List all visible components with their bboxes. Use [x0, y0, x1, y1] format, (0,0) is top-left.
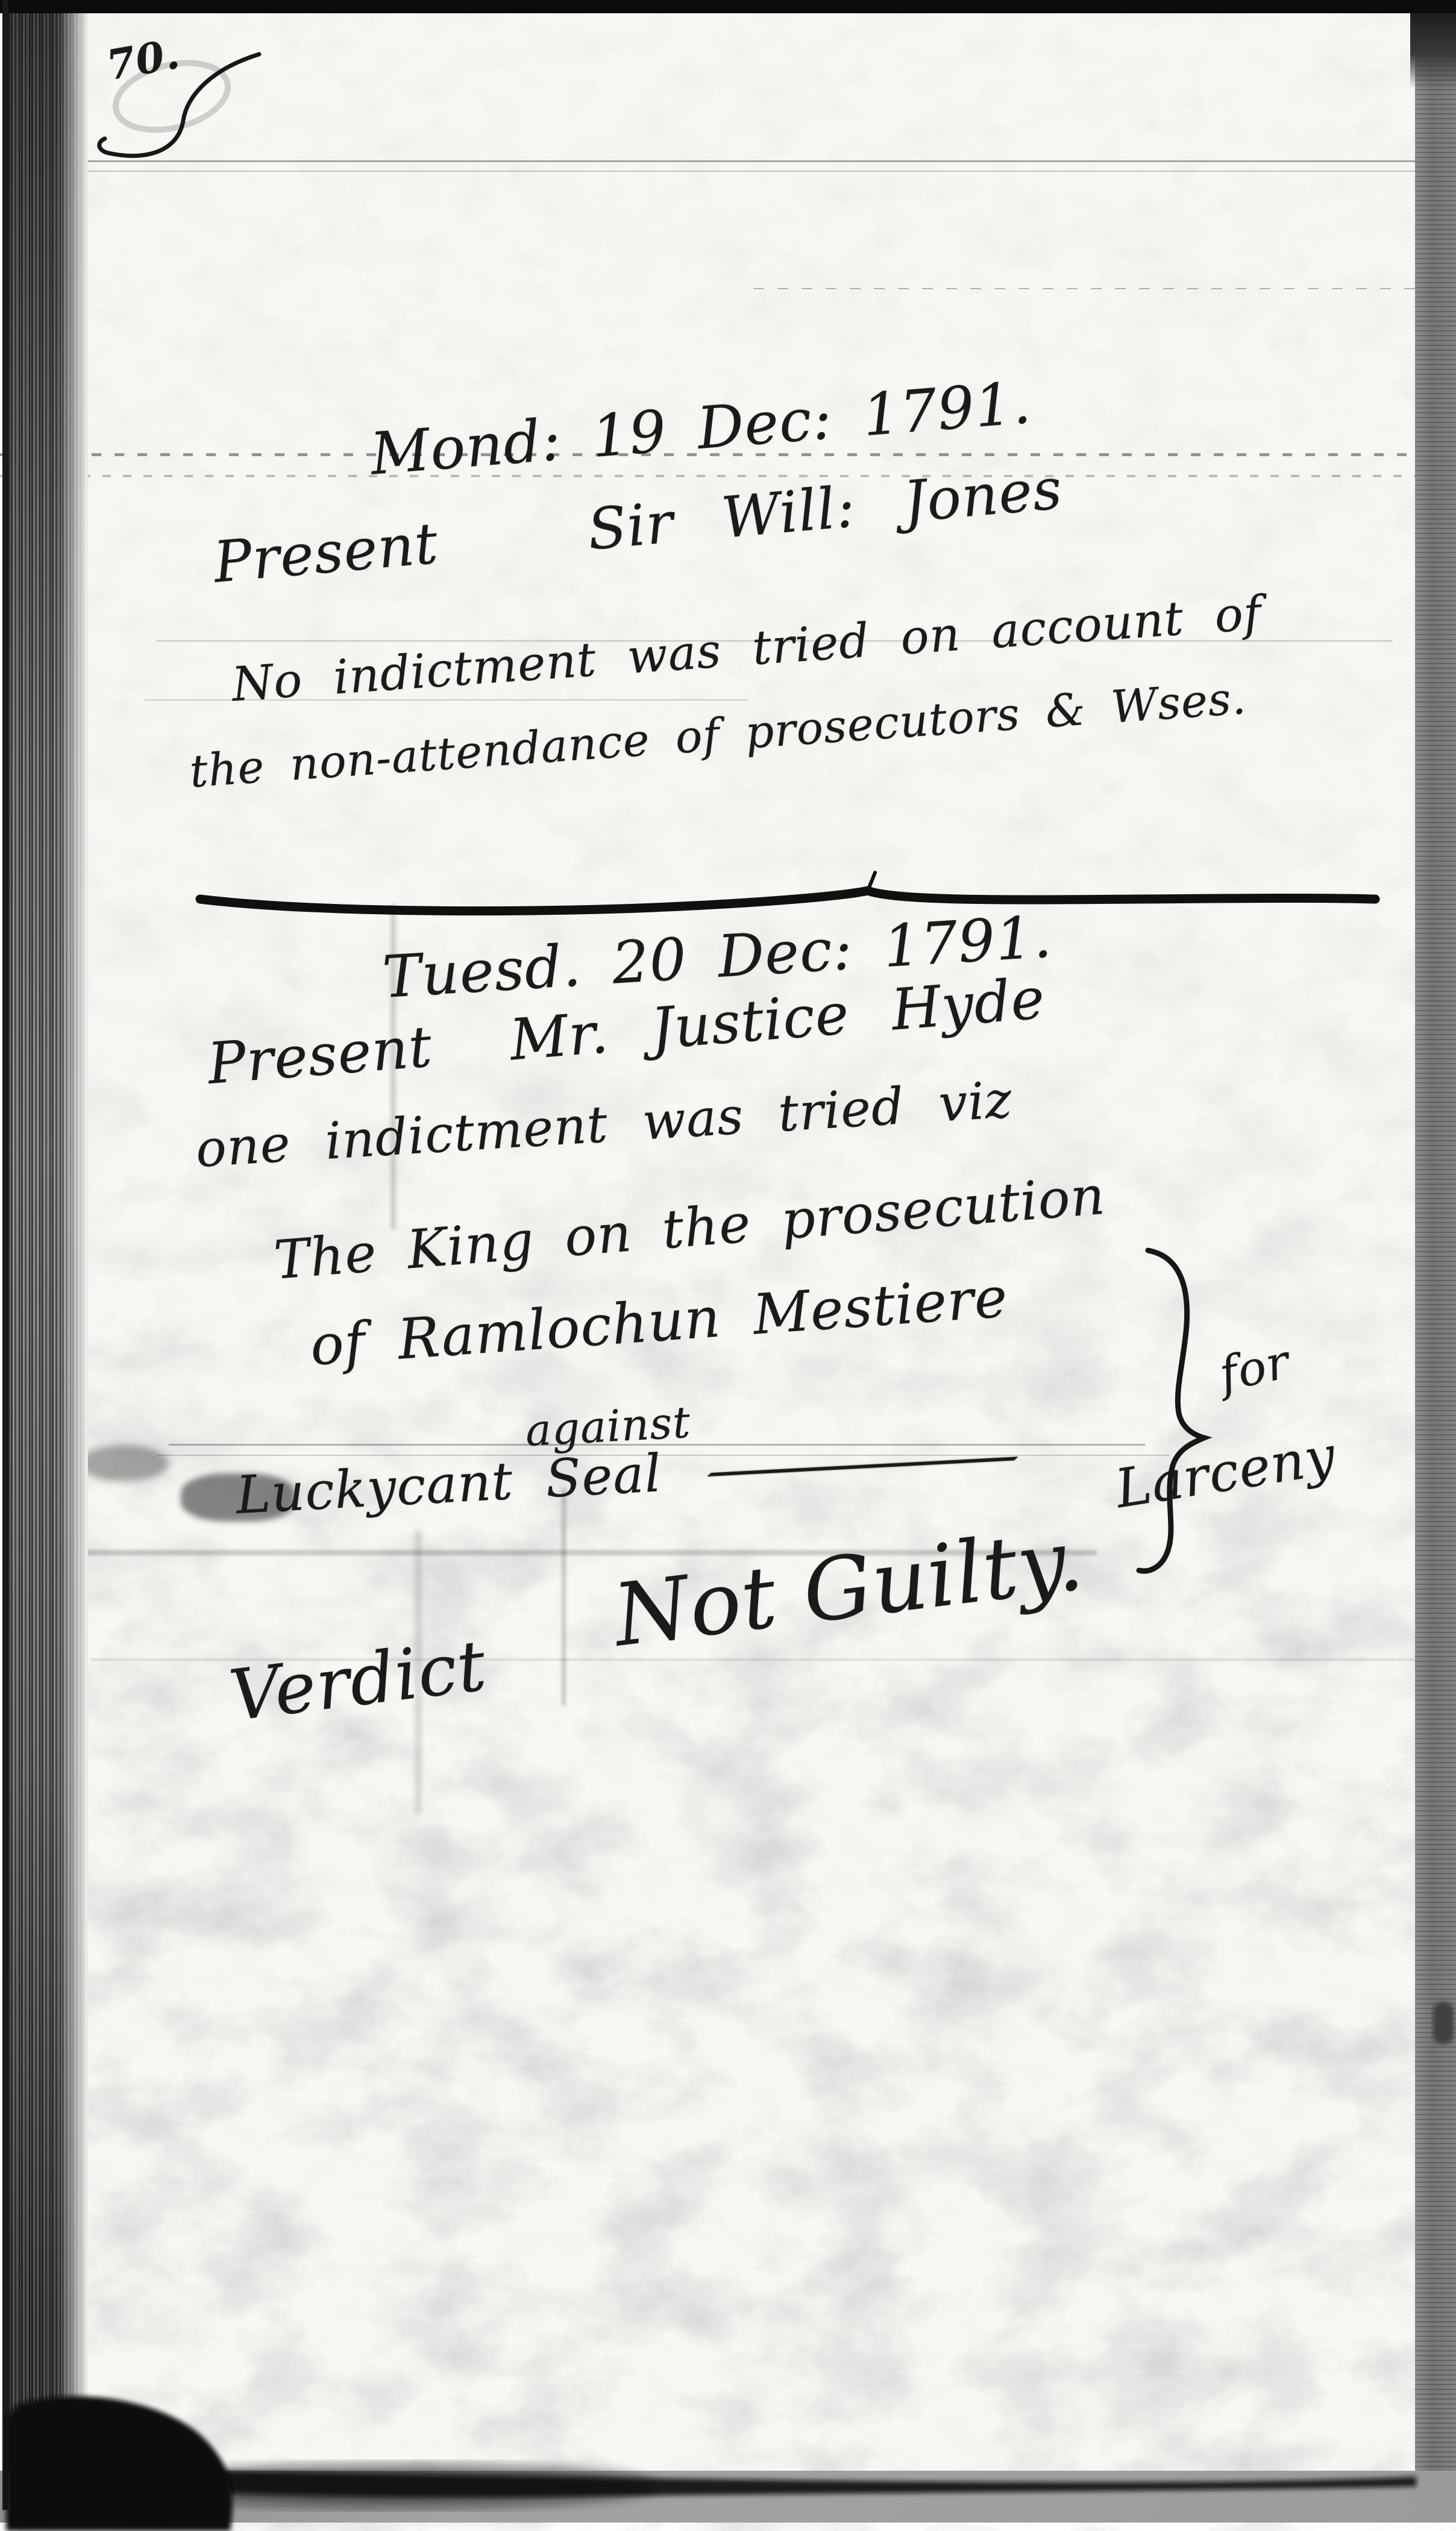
page-edge-notch — [1433, 2002, 1454, 2044]
scanned-court-record: { "scan": { "page_number": "70.", "ink_c… — [0, 0, 1456, 2531]
thumb-shadow — [6, 2396, 232, 2531]
page-bottom-edge — [89, 2468, 1416, 2497]
foreground-shadows — [0, 0, 1456, 2531]
